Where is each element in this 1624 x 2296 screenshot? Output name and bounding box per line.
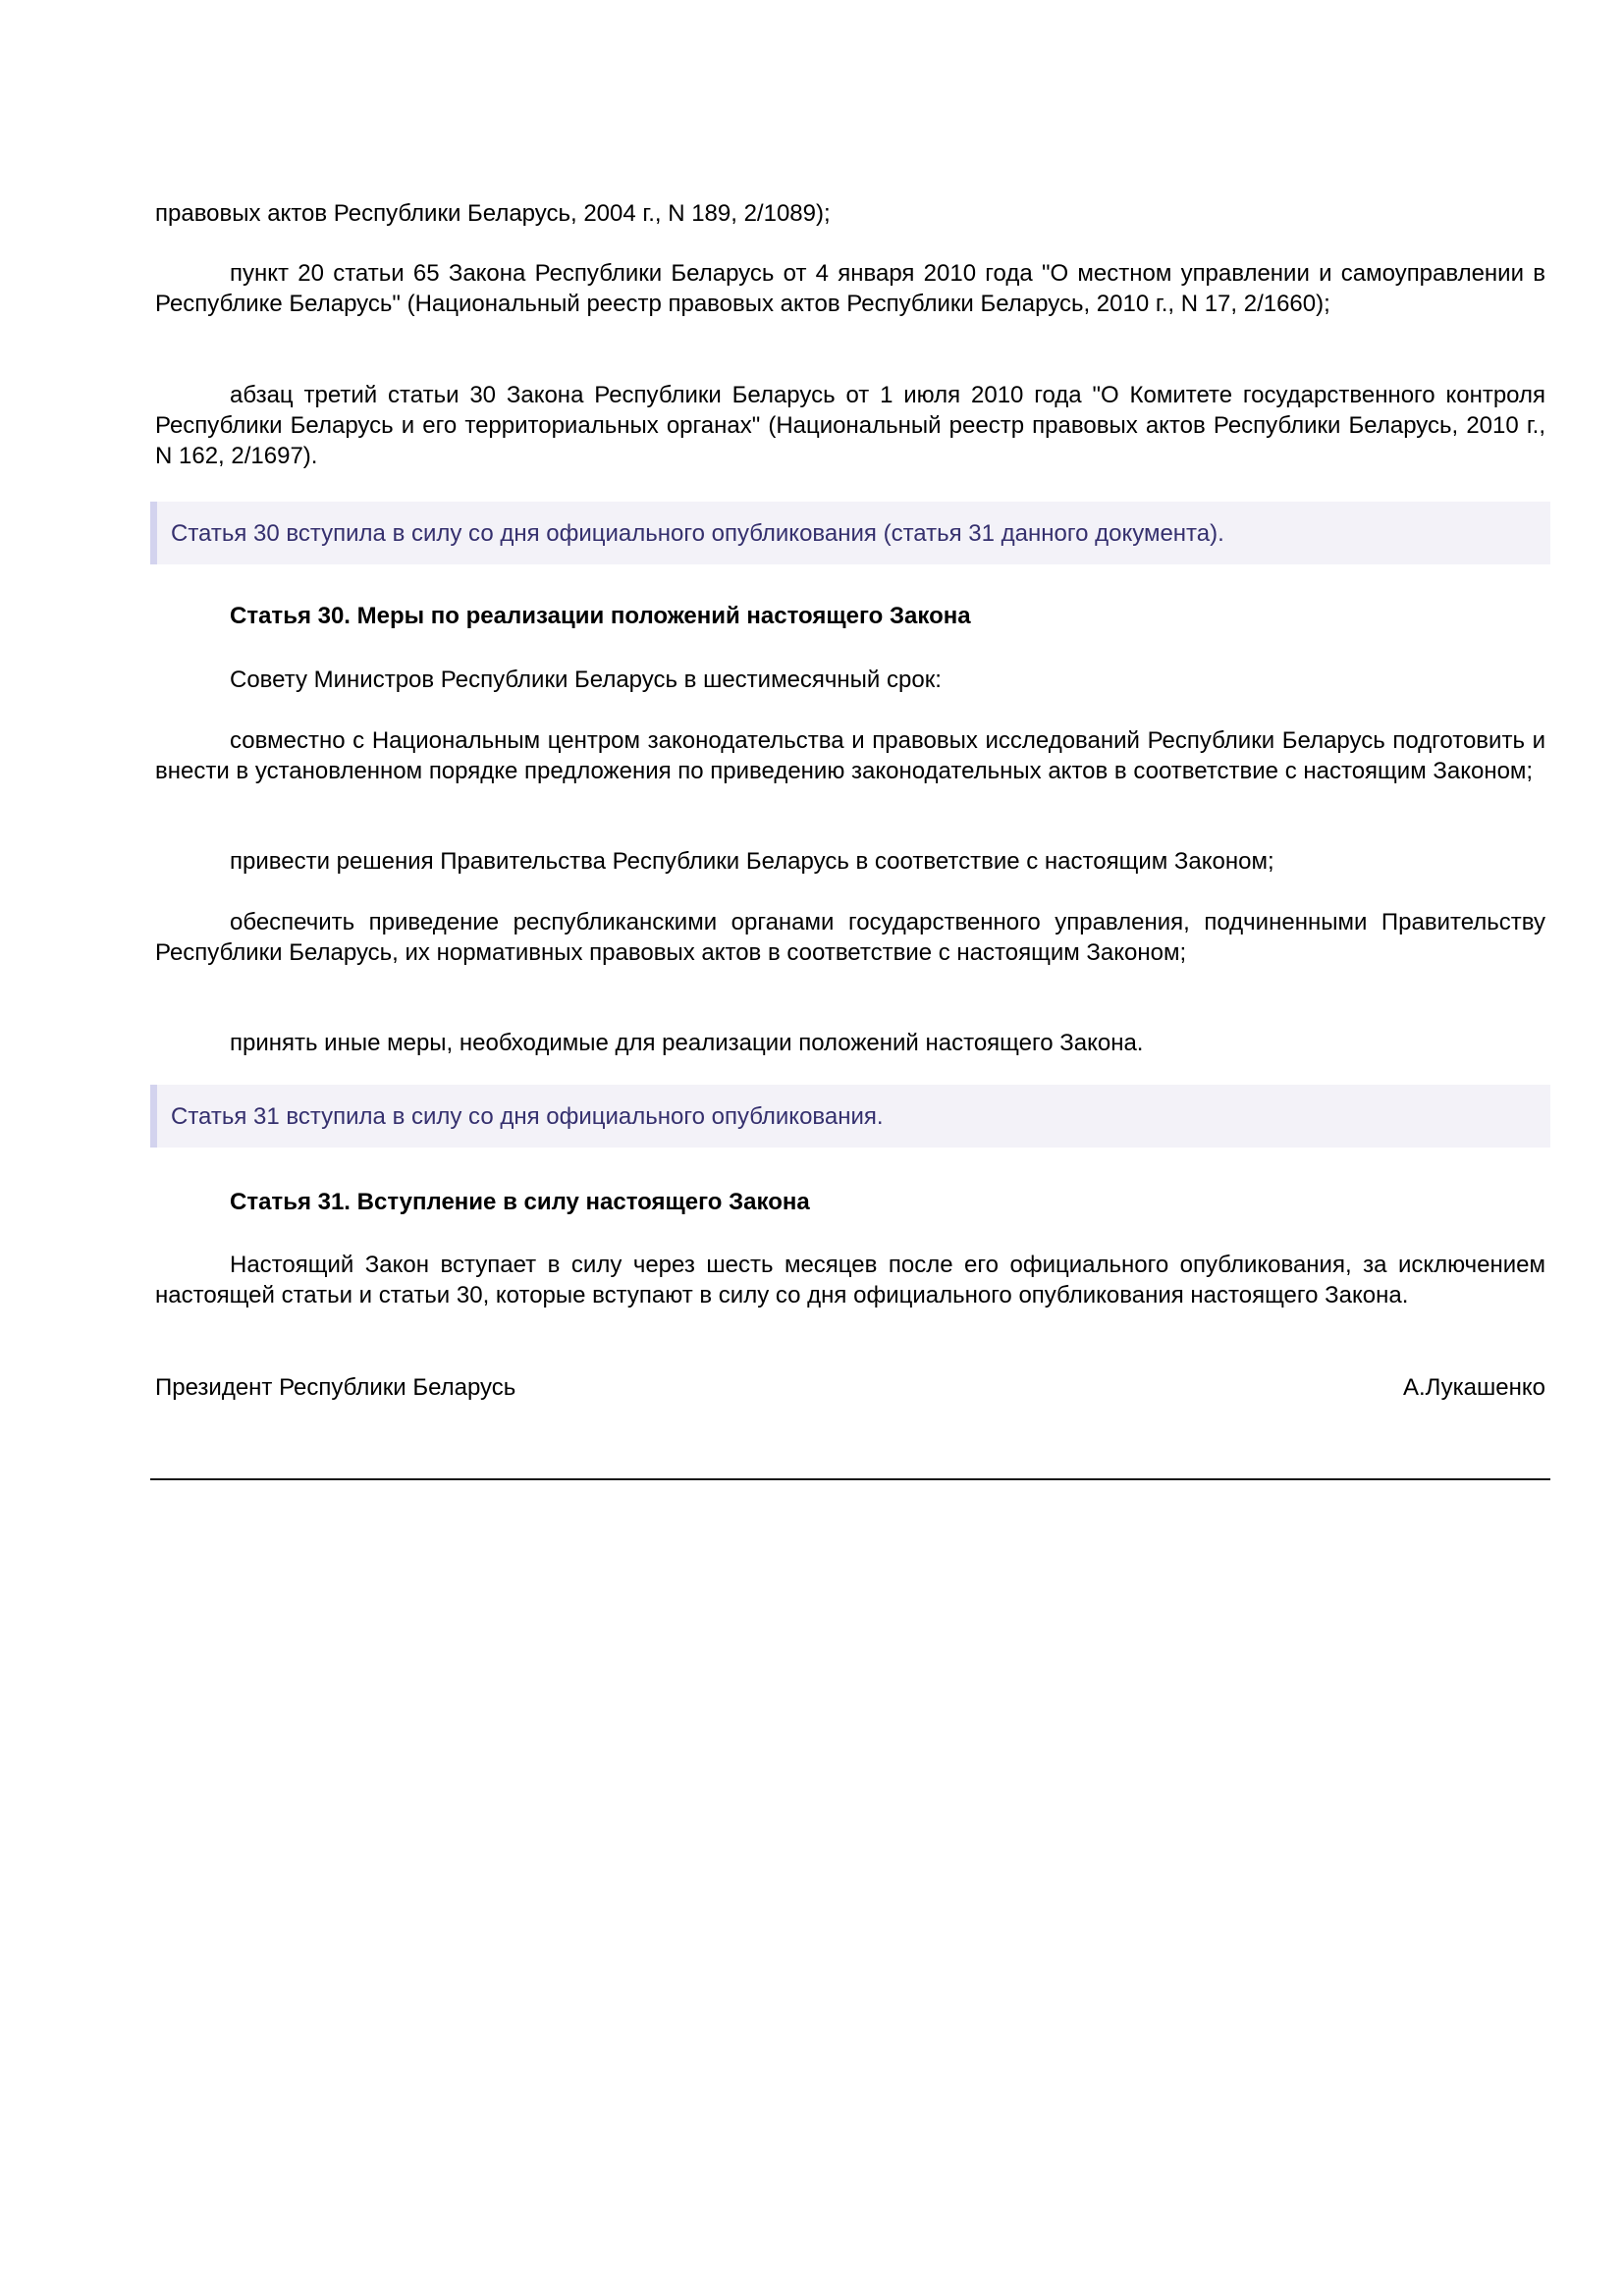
notice-article-31-in-force: Статья 31 вступила в силу со дня официал… [150, 1085, 1550, 1148]
signature-name: А.Лукашенко [1403, 1372, 1545, 1403]
notice-article-30-in-force: Статья 30 вступила в силу со дня официал… [150, 502, 1550, 564]
document-page: правовых актов Республики Беларусь, 2004… [0, 0, 1624, 2296]
notice-text: Статья 30 вступила в силу со дня официал… [171, 518, 1224, 549]
article-30-paragraph: привести решения Правительства Республик… [155, 846, 1545, 877]
article-30-paragraph: принять иные меры, необходимые для реали… [155, 1028, 1545, 1058]
paragraph-item-abzac-tretiy: абзац третий статьи 30 Закона Республики… [155, 380, 1545, 471]
paragraph-item-punkt-20: пункт 20 статьи 65 Закона Республики Бел… [155, 258, 1545, 319]
paragraph-continuation: правовых актов Республики Беларусь, 2004… [155, 198, 1545, 229]
article-30-paragraph: обеспечить приведение республиканскими о… [155, 907, 1545, 968]
article-30-paragraph: Совету Министров Республики Беларусь в ш… [155, 665, 1545, 695]
signature-block: Президент Республики Беларусь А.Лукашенк… [155, 1372, 1545, 1403]
bottom-divider [150, 1478, 1550, 1480]
signature-position: Президент Республики Беларусь [155, 1372, 515, 1403]
article-30-paragraph: совместно с Национальным центром законод… [155, 725, 1545, 786]
notice-text: Статья 31 вступила в силу со дня официал… [171, 1101, 884, 1132]
article-31-heading: Статья 31. Вступление в силу настоящего … [230, 1187, 1545, 1217]
article-31-paragraph: Настоящий Закон вступает в силу через ше… [155, 1250, 1545, 1310]
article-30-heading: Статья 30. Меры по реализации положений … [230, 601, 1545, 631]
